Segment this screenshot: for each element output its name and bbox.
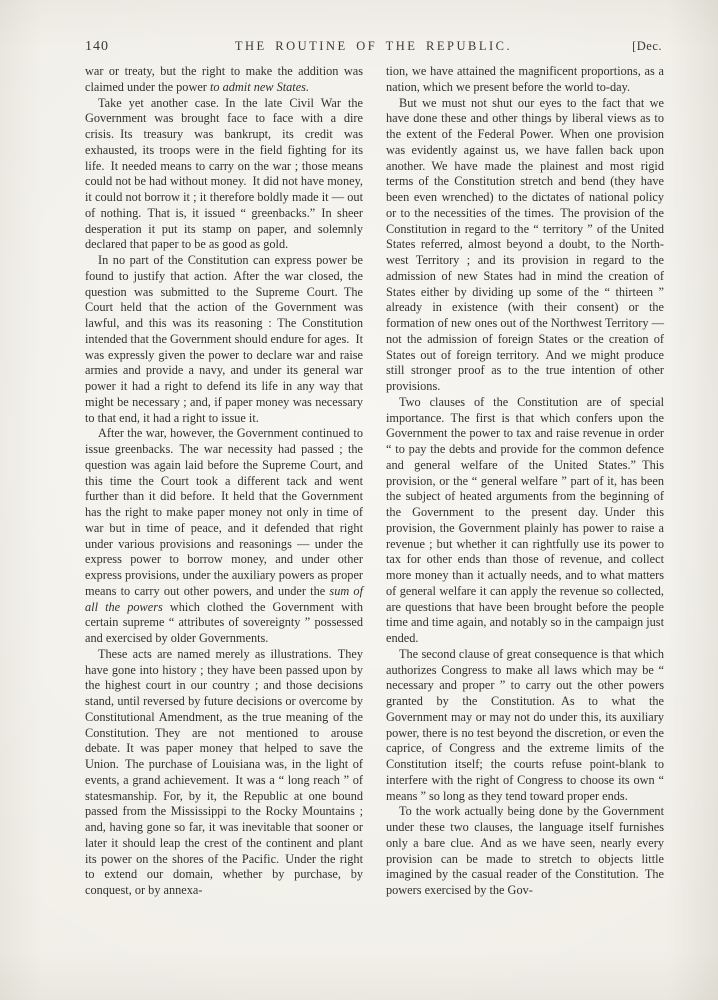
body-text: In no part of the Constitution can expre… [85, 253, 363, 425]
left-column: war or treaty, but the right to make the… [85, 64, 363, 899]
running-title: THE ROUTINE OF THE REPUBLIC. [145, 39, 602, 54]
paragraph: Take yet another case. In the late Civil… [85, 96, 363, 254]
body-text: The second clause of great consequence i… [386, 647, 664, 803]
italic-text: to admit new States. [210, 80, 309, 94]
paragraph: The second clause of great consequence i… [386, 647, 664, 805]
paragraph: But we must not shut our eyes to the fac… [386, 96, 664, 395]
paragraph: Two clauses of the Constitution are of s… [386, 395, 664, 647]
page-header: 140 THE ROUTINE OF THE REPUBLIC. [Dec. [85, 39, 662, 55]
right-column: tion, we have attained the magnificent p… [386, 64, 664, 899]
body-text: To the work actually being done by the G… [386, 804, 664, 897]
paragraph: After the war, however, the Government c… [85, 426, 363, 647]
issue-date-label: [Dec. [602, 39, 662, 54]
paragraph: These acts are named merely as illustrat… [85, 647, 363, 899]
body-text: Two clauses of the Constitution are of s… [386, 395, 664, 645]
paragraph: war or treaty, but the right to make the… [85, 64, 363, 96]
body-text: Take yet another case. In the late Civil… [85, 96, 363, 252]
scanned-book-page: 140 THE ROUTINE OF THE REPUBLIC. [Dec. w… [0, 0, 718, 1000]
page-number: 140 [85, 39, 145, 55]
body-text: tion, we have attained the magnificent p… [386, 64, 664, 94]
body-text: After the war, however, the Government c… [85, 426, 363, 598]
text-columns: war or treaty, but the right to make the… [85, 64, 664, 899]
paragraph: tion, we have attained the magnificent p… [386, 64, 664, 96]
body-text: But we must not shut our eyes to the fac… [386, 96, 664, 394]
paragraph: To the work actually being done by the G… [386, 804, 664, 899]
body-text: These acts are named merely as illustrat… [85, 647, 363, 897]
paragraph: In no part of the Constitution can expre… [85, 253, 363, 426]
